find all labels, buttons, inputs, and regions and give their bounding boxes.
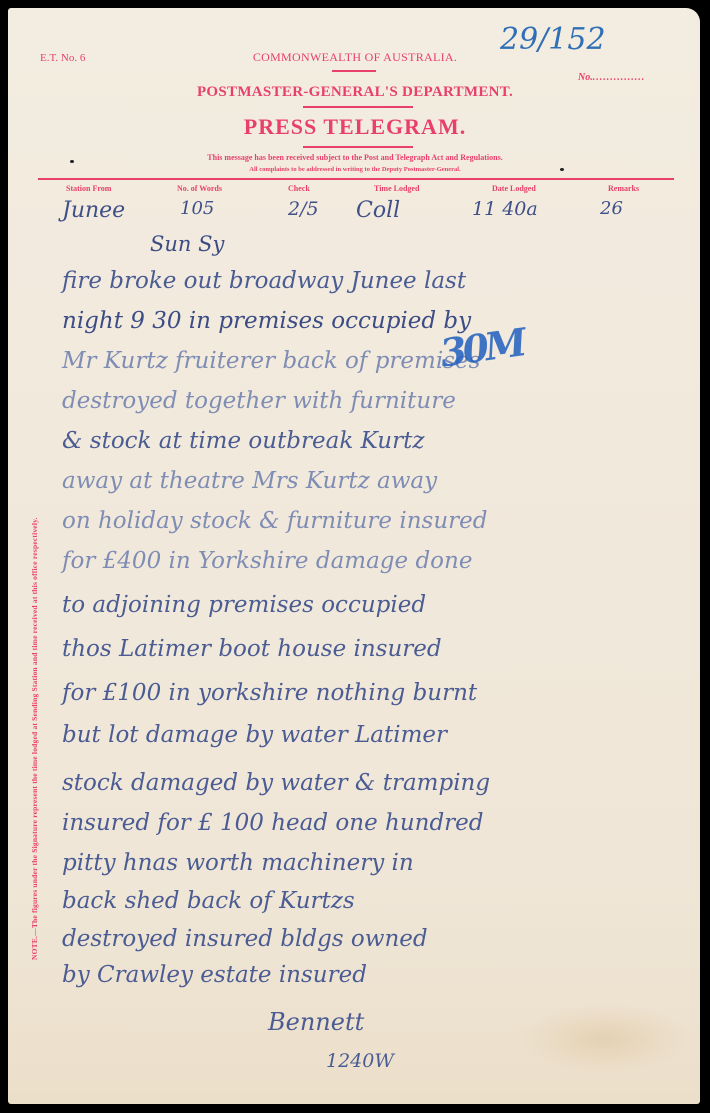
column-check: Check: [288, 184, 310, 193]
column-date-lodged: Date Lodged: [492, 184, 536, 193]
station-from-value: Junee: [62, 198, 125, 223]
divider: [303, 146, 413, 148]
message-line: stock damaged by water & tramping: [62, 770, 490, 796]
message-line: on holiday stock & furniture insured: [62, 508, 487, 534]
column-station-from: Station From: [66, 184, 111, 193]
column-no-of-words: No. of Words: [177, 184, 222, 193]
paper-stain: [520, 1004, 690, 1074]
message-line: back shed back of Kurtzs: [62, 888, 355, 914]
remarks-value: 26: [600, 198, 623, 219]
column-remarks: Remarks: [608, 184, 639, 193]
department-title: POSTMASTER-GENERAL'S DEPARTMENT.: [0, 84, 710, 101]
message-line: for £100 in yorkshire nothing burnt: [62, 680, 477, 706]
regulations-notice: This message has been received subject t…: [0, 153, 710, 162]
message-line: to adjoining premises occupied: [62, 592, 426, 618]
divider: [303, 106, 413, 108]
word-count-value: 105: [180, 198, 214, 219]
message-line: away at theatre Mrs Kurtz away: [62, 468, 437, 494]
signature: Bennett: [268, 1008, 364, 1036]
addressee: Sun Sy: [150, 232, 224, 256]
column-time-lodged: Time Lodged: [374, 184, 419, 193]
handwritten-number: 29/152: [500, 22, 606, 57]
message-line: pitty hnas worth machinery in: [62, 850, 414, 876]
number-field: No................: [578, 72, 645, 83]
message-line: night 9 30 in premises occupied by: [62, 308, 471, 334]
header-rule: [38, 178, 674, 180]
margin-note: NOTE.—The figures under the Signature re…: [30, 270, 42, 960]
message-line: destroyed insured bldgs owned: [62, 926, 428, 952]
message-line: insured for £ 100 head one hundred: [62, 810, 484, 836]
message-line: thos Latimer boot house insured: [62, 636, 442, 662]
number-label: No.: [578, 72, 593, 83]
message-line: for £400 in Yorkshire damage done: [62, 548, 472, 574]
complaints-notice: All complaints to be addressed in writin…: [0, 166, 710, 173]
message-line: Mr Kurtz fruiterer back of premises: [62, 348, 480, 374]
message-line: by Crawley estate insured: [62, 962, 367, 988]
time-lodged-value: Coll: [356, 198, 400, 223]
press-telegram-title: PRESS TELEGRAM.: [0, 114, 710, 140]
signature-time: 1240W: [326, 1050, 394, 1072]
divider: [332, 70, 376, 72]
message-line: fire broke out broadway Junee last: [62, 268, 466, 294]
message-line: & stock at time outbreak Kurtz: [62, 428, 424, 454]
message-line: destroyed together with furniture: [62, 388, 456, 414]
number-dots: ...............: [593, 72, 646, 83]
message-line: but lot damage by water Latimer: [62, 722, 447, 748]
check-value: 2/5: [288, 198, 319, 220]
date-lodged-value: 11 40a: [472, 198, 538, 220]
